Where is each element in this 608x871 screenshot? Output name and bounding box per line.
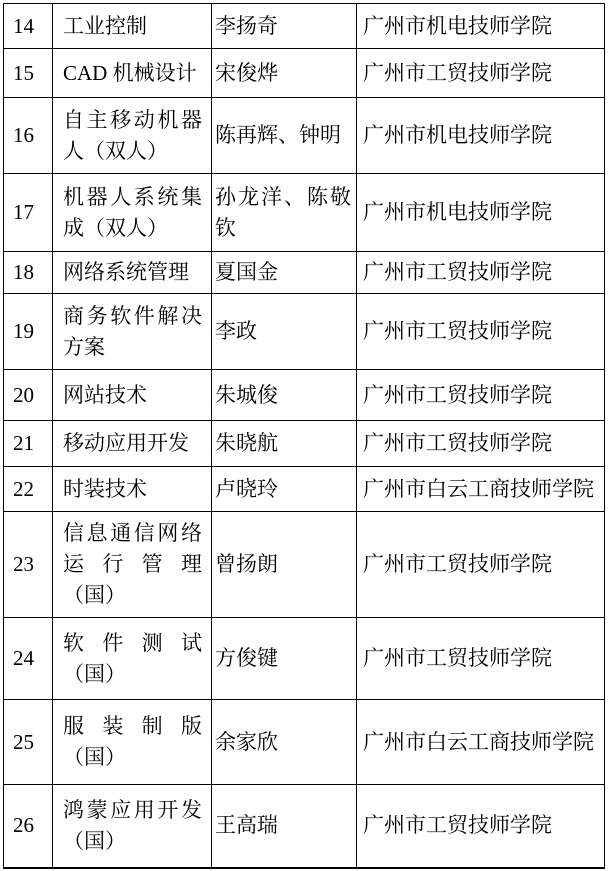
event-name-line: （国） <box>63 826 202 857</box>
row-number: 24 <box>13 643 50 674</box>
school-name-text: 广州市工贸技师学院 <box>363 810 600 841</box>
competitor-name-line: 钦 <box>215 213 351 244</box>
competitor-name-line: 夏国金 <box>215 257 351 288</box>
row-number: 21 <box>13 428 50 459</box>
school-name-text: 广州市工贸技师学院 <box>363 380 600 411</box>
event-name-cell: 自主移动机器 人（双人） <box>53 98 212 174</box>
competitor-name-line: 曾扬朗 <box>215 549 351 580</box>
row-number: 20 <box>13 380 50 411</box>
competitor-name-line: 孙龙洋、陈敬 <box>215 182 351 213</box>
event-name-line: 软件测试 <box>63 628 202 659</box>
row-number-cell: 17 <box>4 174 53 252</box>
event-name-line: （国） <box>63 659 202 690</box>
competitor-name-cell: 曾扬朗 <box>212 512 357 618</box>
table-row: 22 时装技术 卢晓玲 广州市白云工商技师学院 <box>4 467 605 512</box>
event-name-cell: CAD 机械设计 <box>53 49 212 98</box>
table-row: 16 自主移动机器 人（双人） 陈再辉、钟明 广州市机电技师学院 <box>4 98 605 174</box>
competitor-name-line: 王高瑞 <box>215 810 351 841</box>
document-page: 14 工业控制 李扬奇 广州市机电技师学院 15 CAD 机械设计 宋俊烨 广州… <box>0 0 608 871</box>
row-number-cell: 20 <box>4 370 53 421</box>
school-name-cell: 广州市白云工商技师学院 <box>357 467 605 512</box>
competitor-name-cell: 王高瑞 <box>212 785 357 868</box>
table-row: 15 CAD 机械设计 宋俊烨 广州市工贸技师学院 <box>4 49 605 98</box>
row-number-cell: 14 <box>4 4 53 49</box>
school-name-text: 广州市工贸技师学院 <box>363 428 600 459</box>
school-name-cell: 广州市工贸技师学院 <box>357 370 605 421</box>
event-name-line: 工业控制 <box>63 11 202 42</box>
school-name-text: 广州市工贸技师学院 <box>363 549 600 580</box>
event-name-line: 方案 <box>63 332 202 363</box>
row-number: 16 <box>13 120 50 151</box>
event-name-cell: 信息通信网络 运行管理 （国） <box>53 512 212 618</box>
event-name-cell: 时装技术 <box>53 467 212 512</box>
row-number-cell: 23 <box>4 512 53 618</box>
event-name-cell: 工业控制 <box>53 4 212 49</box>
event-name-cell: 网络系统管理 <box>53 252 212 294</box>
competitor-name-line: 朱晓航 <box>215 428 351 459</box>
school-name-text: 广州市白云工商技师学院 <box>363 727 600 758</box>
event-name-cell: 机器人系统集 成（双人） <box>53 174 212 252</box>
competitor-name-line: 卢晓玲 <box>215 474 351 505</box>
row-number-cell: 18 <box>4 252 53 294</box>
table-row: 17 机器人系统集 成（双人） 孙龙洋、陈敬 钦 广州市机电技师学院 <box>4 174 605 252</box>
school-name-cell: 广州市机电技师学院 <box>357 174 605 252</box>
table-row: 14 工业控制 李扬奇 广州市机电技师学院 <box>4 4 605 49</box>
row-number-cell: 22 <box>4 467 53 512</box>
table-row: 18 网络系统管理 夏国金 广州市工贸技师学院 <box>4 252 605 294</box>
row-number-cell: 24 <box>4 618 53 700</box>
school-name-text: 广州市工贸技师学院 <box>363 316 600 347</box>
competitor-name-line: 陈再辉、钟明 <box>215 120 351 151</box>
row-number-cell: 16 <box>4 98 53 174</box>
competitor-name-cell: 朱晓航 <box>212 421 357 467</box>
school-name-cell: 广州市工贸技师学院 <box>357 252 605 294</box>
school-name-cell: 广州市白云工商技师学院 <box>357 700 605 785</box>
school-name-text: 广州市工贸技师学院 <box>363 257 600 288</box>
row-number: 17 <box>13 197 50 228</box>
row-number: 22 <box>13 474 50 505</box>
competition-results-table: 14 工业控制 李扬奇 广州市机电技师学院 15 CAD 机械设计 宋俊烨 广州… <box>3 3 605 869</box>
event-name-line: 移动应用开发 <box>63 428 202 459</box>
row-number: 26 <box>13 810 50 841</box>
event-name-line: 信息通信网络 <box>63 518 202 549</box>
competitor-name-cell: 孙龙洋、陈敬 钦 <box>212 174 357 252</box>
competitor-name-cell: 李扬奇 <box>212 4 357 49</box>
school-name-text: 广州市白云工商技师学院 <box>363 474 600 505</box>
row-number-cell: 26 <box>4 785 53 868</box>
event-name-cell: 网站技术 <box>53 370 212 421</box>
event-name-line: 成（双人） <box>63 213 202 244</box>
row-number-cell: 15 <box>4 49 53 98</box>
school-name-cell: 广州市工贸技师学院 <box>357 49 605 98</box>
row-number-cell: 21 <box>4 421 53 467</box>
competitor-name-line: 宋俊烨 <box>215 58 351 89</box>
competitor-name-cell: 朱城俊 <box>212 370 357 421</box>
competitor-name-cell: 余家欣 <box>212 700 357 785</box>
event-name-line: 网站技术 <box>63 380 202 411</box>
event-name-line: （国） <box>63 742 202 773</box>
school-name-text: 广州市工贸技师学院 <box>363 643 600 674</box>
event-name-cell: 鸿蒙应用开发 （国） <box>53 785 212 868</box>
competitor-name-cell: 宋俊烨 <box>212 49 357 98</box>
school-name-cell: 广州市工贸技师学院 <box>357 512 605 618</box>
event-name-line: 网络系统管理 <box>63 257 202 288</box>
competitor-name-cell: 方俊键 <box>212 618 357 700</box>
row-number: 15 <box>13 58 50 89</box>
school-name-cell: 广州市工贸技师学院 <box>357 618 605 700</box>
row-number: 14 <box>13 11 50 42</box>
row-number: 25 <box>13 727 50 758</box>
event-name-line: （国） <box>63 580 202 611</box>
event-name-line: 人（双人） <box>63 136 202 167</box>
competitor-name-cell: 夏国金 <box>212 252 357 294</box>
row-number: 23 <box>13 549 50 580</box>
school-name-cell: 广州市工贸技师学院 <box>357 785 605 868</box>
school-name-cell: 广州市工贸技师学院 <box>357 294 605 370</box>
table-row: 24 软件测试 （国） 方俊键 广州市工贸技师学院 <box>4 618 605 700</box>
event-name-cell: 软件测试 （国） <box>53 618 212 700</box>
row-number: 18 <box>13 257 50 288</box>
row-number-cell: 25 <box>4 700 53 785</box>
event-name-line: 机器人系统集 <box>63 182 202 213</box>
table-row: 25 服装制版 （国） 余家欣 广州市白云工商技师学院 <box>4 700 605 785</box>
table-row: 19 商务软件解决 方案 李政 广州市工贸技师学院 <box>4 294 605 370</box>
table-row: 26 鸿蒙应用开发 （国） 王高瑞 广州市工贸技师学院 <box>4 785 605 868</box>
table-row: 23 信息通信网络 运行管理 （国） 曾扬朗 广州市工贸技师学院 <box>4 512 605 618</box>
school-name-cell: 广州市工贸技师学院 <box>357 421 605 467</box>
school-name-cell: 广州市机电技师学院 <box>357 4 605 49</box>
school-name-cell: 广州市机电技师学院 <box>357 98 605 174</box>
school-name-text: 广州市工贸技师学院 <box>363 58 600 89</box>
school-name-text: 广州市机电技师学院 <box>363 120 600 151</box>
event-name-cell: 商务软件解决 方案 <box>53 294 212 370</box>
competitor-name-cell: 李政 <box>212 294 357 370</box>
event-name-cell: 移动应用开发 <box>53 421 212 467</box>
event-name-line: 时装技术 <box>63 474 202 505</box>
event-name-line: CAD 机械设计 <box>63 58 202 89</box>
row-number: 19 <box>13 316 50 347</box>
row-number-cell: 19 <box>4 294 53 370</box>
event-name-line: 鸿蒙应用开发 <box>63 795 202 826</box>
competitor-name-line: 余家欣 <box>215 727 351 758</box>
event-name-line: 运行管理 <box>63 549 202 580</box>
event-name-cell: 服装制版 （国） <box>53 700 212 785</box>
competitor-name-line: 朱城俊 <box>215 380 351 411</box>
table-row: 21 移动应用开发 朱晓航 广州市工贸技师学院 <box>4 421 605 467</box>
competitor-name-line: 李扬奇 <box>215 11 351 42</box>
school-name-text: 广州市机电技师学院 <box>363 11 600 42</box>
competitor-name-line: 方俊键 <box>215 643 351 674</box>
competitor-name-cell: 陈再辉、钟明 <box>212 98 357 174</box>
event-name-line: 服装制版 <box>63 711 202 742</box>
event-name-line: 商务软件解决 <box>63 301 202 332</box>
table-row: 20 网站技术 朱城俊 广州市工贸技师学院 <box>4 370 605 421</box>
competitor-name-cell: 卢晓玲 <box>212 467 357 512</box>
school-name-text: 广州市机电技师学院 <box>363 197 600 228</box>
event-name-line: 自主移动机器 <box>63 105 202 136</box>
competitor-name-line: 李政 <box>215 316 351 347</box>
